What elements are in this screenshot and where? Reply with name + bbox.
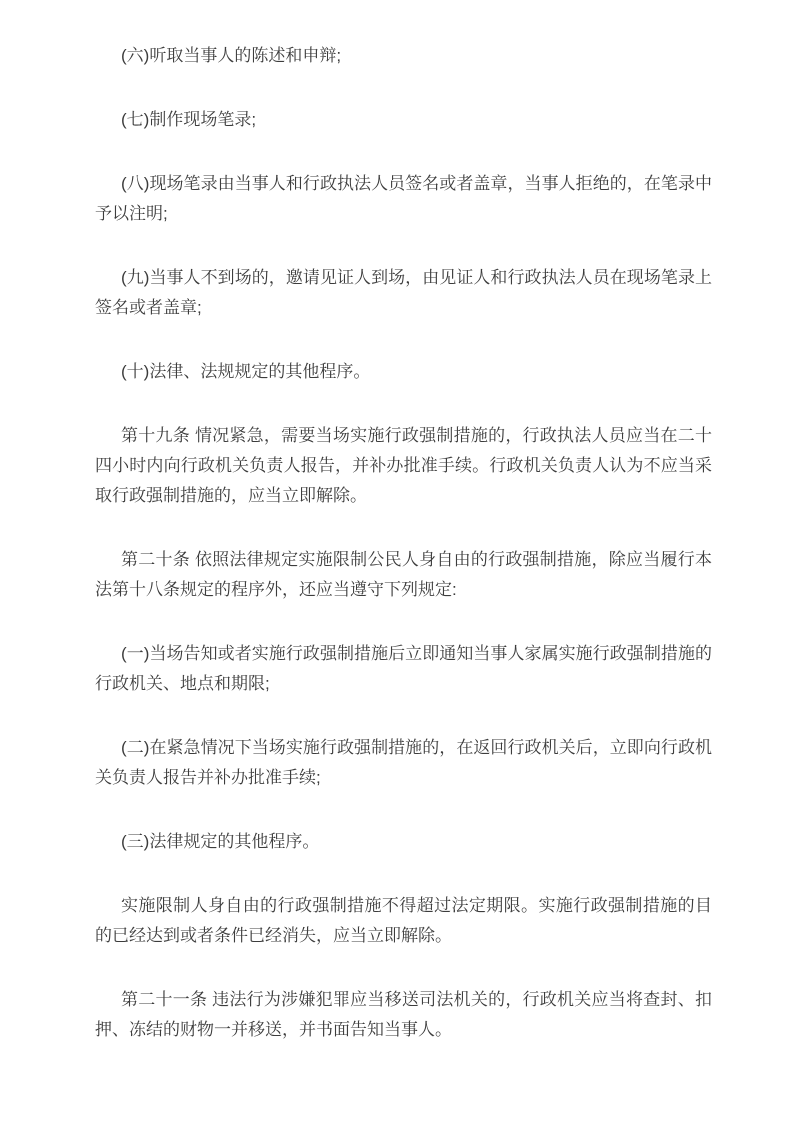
paragraph-item-6: (六)听取当事人的陈述和申辩; [95, 41, 712, 71]
paragraph-item-7: (七)制作现场笔录; [95, 105, 712, 135]
paragraph-item-3: (三)法律规定的其他程序。 [95, 827, 712, 857]
paragraph-item-8: (八)现场笔录由当事人和行政执法人员签名或者盖章，当事人拒绝的，在笔录中予以注明… [95, 169, 712, 229]
paragraph-article-20: 第二十条 依照法律规定实施限制公民人身自由的行政强制措施，除应当履行本法第十八条… [95, 545, 712, 605]
paragraph-item-9: (九)当事人不到场的，邀请见证人到场，由见证人和行政执法人员在现场笔录上签名或者… [95, 263, 712, 323]
paragraph-limit-term: 实施限制人身自由的行政强制措施不得超过法定期限。实施行政强制措施的目的已经达到或… [95, 891, 712, 951]
article-content: (六)听取当事人的陈述和申辩; (七)制作现场笔录; (八)现场笔录由当事人和行… [0, 0, 793, 1045]
paragraph-item-10: (十)法律、法规规定的其他程序。 [95, 357, 712, 387]
paragraph-article-19: 第十九条 情况紧急，需要当场实施行政强制措施的，行政执法人员应当在二十四小时内向… [95, 421, 712, 511]
paragraph-item-1: (一)当场告知或者实施行政强制措施后立即通知当事人家属实施行政强制措施的行政机关… [95, 639, 712, 699]
paragraph-item-2: (二)在紧急情况下当场实施行政强制措施的，在返回行政机关后，立即向行政机关负责人… [95, 733, 712, 793]
paragraph-article-21: 第二十一条 违法行为涉嫌犯罪应当移送司法机关的，行政机关应当将查封、扣押、冻结的… [95, 985, 712, 1045]
